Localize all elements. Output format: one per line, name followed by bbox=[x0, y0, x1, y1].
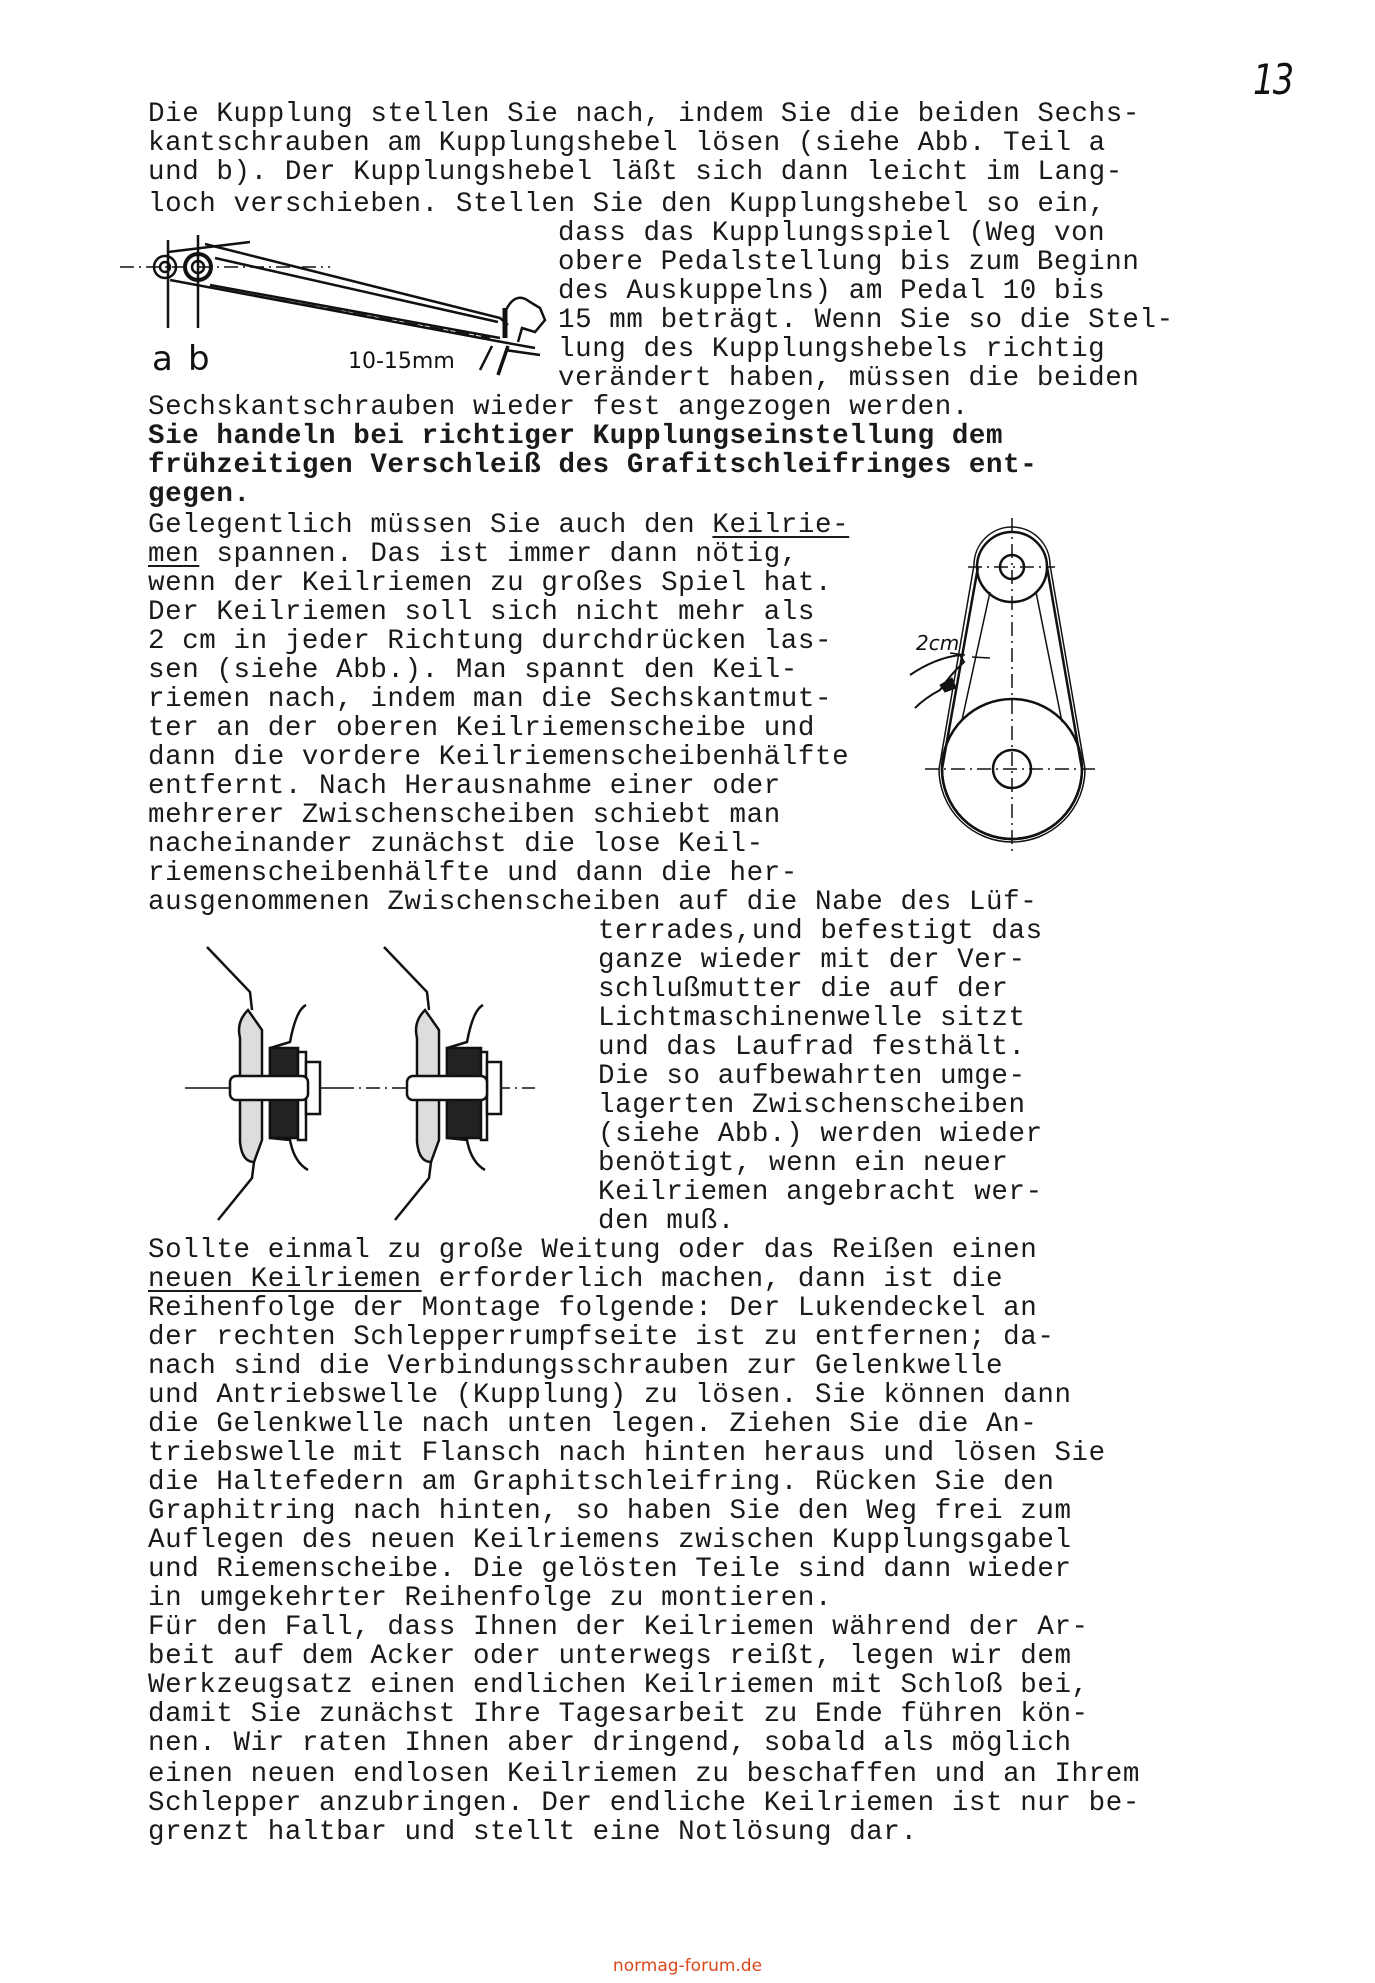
text-line: riemenscheibenhälfte und dann die her- bbox=[148, 859, 798, 889]
label-a: a bbox=[152, 339, 173, 379]
text-line: ganze wieder mit der Ver- bbox=[598, 946, 1026, 976]
text-line: riemen nach, indem man die Sechskantmut- bbox=[148, 685, 832, 715]
text-line: nacheinander zunächst die lose Keil- bbox=[148, 830, 764, 860]
pulley-section-right bbox=[384, 947, 501, 1220]
text-line: Für den Fall, dass Ihnen der Keilriemen … bbox=[148, 1613, 1089, 1643]
text-line: Der Keilriemen soll sich nicht mehr als bbox=[148, 598, 815, 628]
text-line: loch verschieben. Stellen Sie den Kupplu… bbox=[148, 190, 1106, 220]
text-line: Keilriemen angebracht wer- bbox=[598, 1178, 1043, 1208]
text-line: Sollte einmal zu große Weitung oder das … bbox=[148, 1236, 1037, 1266]
text-line: den muß. bbox=[598, 1207, 735, 1237]
text-line: die Haltefedern am Graphitschleifring. R… bbox=[148, 1468, 1054, 1498]
text-line: triebswelle mit Flansch nach hinten hera… bbox=[148, 1439, 1106, 1469]
text-line: beit auf dem Acker oder unterwegs reißt,… bbox=[148, 1642, 1072, 1672]
text-line: Die Kupplung stellen Sie nach, indem Sie… bbox=[148, 100, 1140, 130]
text-fragment: Gelegentlich müssen Sie auch den bbox=[148, 510, 712, 541]
text-line: Die so aufbewahrten umge- bbox=[598, 1062, 1026, 1092]
text-line: Gelegentlich müssen Sie auch den Keilrie… bbox=[148, 511, 849, 541]
page-number: 13 bbox=[1253, 55, 1293, 104]
bold-text-line: Sie handeln bei richtiger Kupplungseinst… bbox=[148, 422, 1003, 452]
footer-watermark: normag-forum.de bbox=[0, 1956, 1375, 1976]
text-line: Graphitring nach hinten, so haben Sie de… bbox=[148, 1497, 1072, 1527]
text-line: nen. Wir raten Ihnen aber dringend, soba… bbox=[148, 1729, 1072, 1759]
text-line: entfernt. Nach Herausnahme einer oder bbox=[148, 772, 781, 802]
text-fragment: erforderlich machen, dann ist die bbox=[422, 1264, 1004, 1295]
text-line: die Gelenkwelle nach unten legen. Ziehen… bbox=[148, 1410, 1037, 1440]
underlined-term: neuen Keilriemen bbox=[148, 1264, 422, 1295]
text-line: Lichtmaschinenwelle sitzt bbox=[598, 1004, 1026, 1034]
text-line: schlußmutter die auf der bbox=[598, 975, 1008, 1005]
pulley-section-left bbox=[207, 947, 320, 1220]
text-line: lagerten Zwischenscheiben bbox=[598, 1091, 1026, 1121]
text-line: und b). Der Kupplungshebel läßt sich dan… bbox=[148, 158, 1123, 188]
label-b: b bbox=[188, 339, 210, 379]
text-line: dann die vordere Keilriemenscheibenhälft… bbox=[148, 743, 849, 773]
underlined-term: Keilrie- bbox=[712, 510, 849, 541]
text-line: Auflegen des neuen Keilriemens zwischen … bbox=[148, 1526, 1072, 1556]
dimension-label: 10-15mm bbox=[348, 349, 455, 374]
text-line: in umgekehrter Reihenfolge zu montieren. bbox=[148, 1584, 832, 1614]
text-line: kantschrauben am Kupplungshebel lösen (s… bbox=[148, 129, 1106, 159]
bold-text-line: frühzeitigen Verschleiß des Grafitschlei… bbox=[148, 451, 1037, 481]
text-line: dass das Kupplungsspiel (Weg von bbox=[558, 219, 1105, 249]
text-line: Schlepper anzubringen. Der endliche Keil… bbox=[148, 1789, 1140, 1819]
text-line: verändert haben, müssen die beiden bbox=[558, 364, 1140, 394]
text-line: und Riemenscheibe. Die gelösten Teile si… bbox=[148, 1555, 1072, 1585]
underlined-term: men bbox=[148, 539, 199, 570]
text-line: men spannen. Das ist immer dann nötig, bbox=[148, 540, 798, 570]
text-line: sen (siehe Abb.). Man spannt den Keil- bbox=[148, 656, 798, 686]
text-line: grenzt haltbar und stellt eine Notlösung… bbox=[148, 1818, 918, 1848]
pulley-shim-figure bbox=[170, 930, 550, 1230]
text-line: des Auskuppelns) am Pedal 10 bis bbox=[558, 277, 1105, 307]
text-line: neuen Keilriemen erforderlich machen, da… bbox=[148, 1265, 1003, 1295]
clutch-lever-figure: a b 10-15mm bbox=[110, 230, 560, 380]
text-line: terrades,und befestigt das bbox=[598, 917, 1043, 947]
text-line: Reihenfolge der Montage folgende: Der Lu… bbox=[148, 1294, 1037, 1324]
text-line: 15 mm beträgt. Wenn Sie so die Stel- bbox=[558, 306, 1174, 336]
text-line: damit Sie zunächst Ihre Tagesarbeit zu E… bbox=[148, 1700, 1089, 1730]
text-line: ausgenommenen Zwischenscheiben auf die N… bbox=[148, 888, 1037, 918]
scanned-page: 13 Die Kupplung stellen Sie nach, indem … bbox=[0, 0, 1375, 1983]
text-line: lung des Kupplungshebels richtig bbox=[558, 335, 1105, 365]
text-line: nach sind die Verbindungsschrauben zur G… bbox=[148, 1352, 1003, 1382]
text-line: Werkzeugsatz einen endlichen Keilriemen … bbox=[148, 1671, 1089, 1701]
text-line: mehrerer Zwischenscheiben schiebt man bbox=[148, 801, 781, 831]
text-line: und das Laufrad festhält. bbox=[598, 1033, 1026, 1063]
text-line: wenn der Keilriemen zu großes Spiel hat. bbox=[148, 569, 832, 599]
belt-drive-figure: 2cm bbox=[890, 510, 1130, 870]
text-line: (siehe Abb.) werden wieder bbox=[598, 1120, 1043, 1150]
text-line: Sechskantschrauben wieder fest angezogen… bbox=[148, 393, 969, 423]
text-line: ter an der oberen Keilriemenscheibe und bbox=[148, 714, 815, 744]
text-line: 2 cm in jeder Richtung durchdrücken las- bbox=[148, 627, 832, 657]
text-fragment: spannen. Das ist immer dann nötig, bbox=[199, 539, 798, 570]
text-line: benötigt, wenn ein neuer bbox=[598, 1149, 1008, 1179]
bold-text-line: gegen. bbox=[148, 480, 251, 510]
text-line: obere Pedalstellung bis zum Beginn bbox=[558, 248, 1140, 278]
dimension-label: 2cm bbox=[916, 631, 959, 655]
text-line: einen neuen endlosen Keilriemen zu besch… bbox=[148, 1760, 1140, 1790]
text-line: der rechten Schlepperrumpfseite ist zu e… bbox=[148, 1323, 1054, 1353]
text-line: und Antriebswelle (Kupplung) zu lösen. S… bbox=[148, 1381, 1072, 1411]
